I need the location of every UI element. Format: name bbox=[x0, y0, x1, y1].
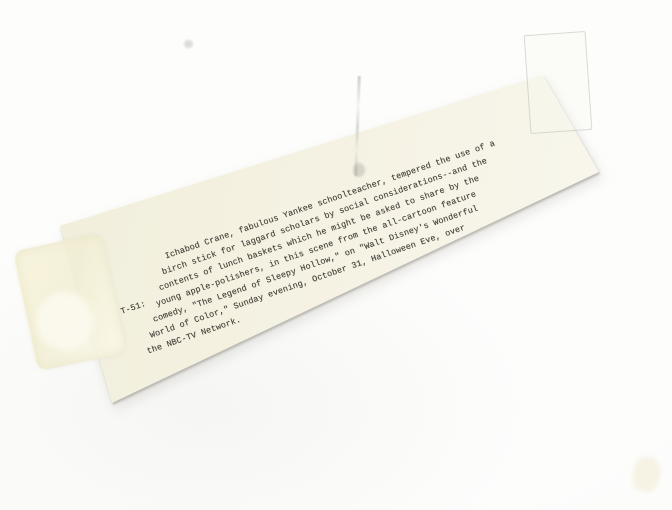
photo-backing: Ichabod Crane, fabulous Yankee schooltea… bbox=[0, 0, 672, 510]
typed-caption: Ichabod Crane, fabulous Yankee schooltea… bbox=[163, 250, 195, 343]
tape-top-right bbox=[524, 31, 593, 134]
dust-speck bbox=[184, 40, 193, 48]
smudge-mark bbox=[353, 163, 365, 177]
